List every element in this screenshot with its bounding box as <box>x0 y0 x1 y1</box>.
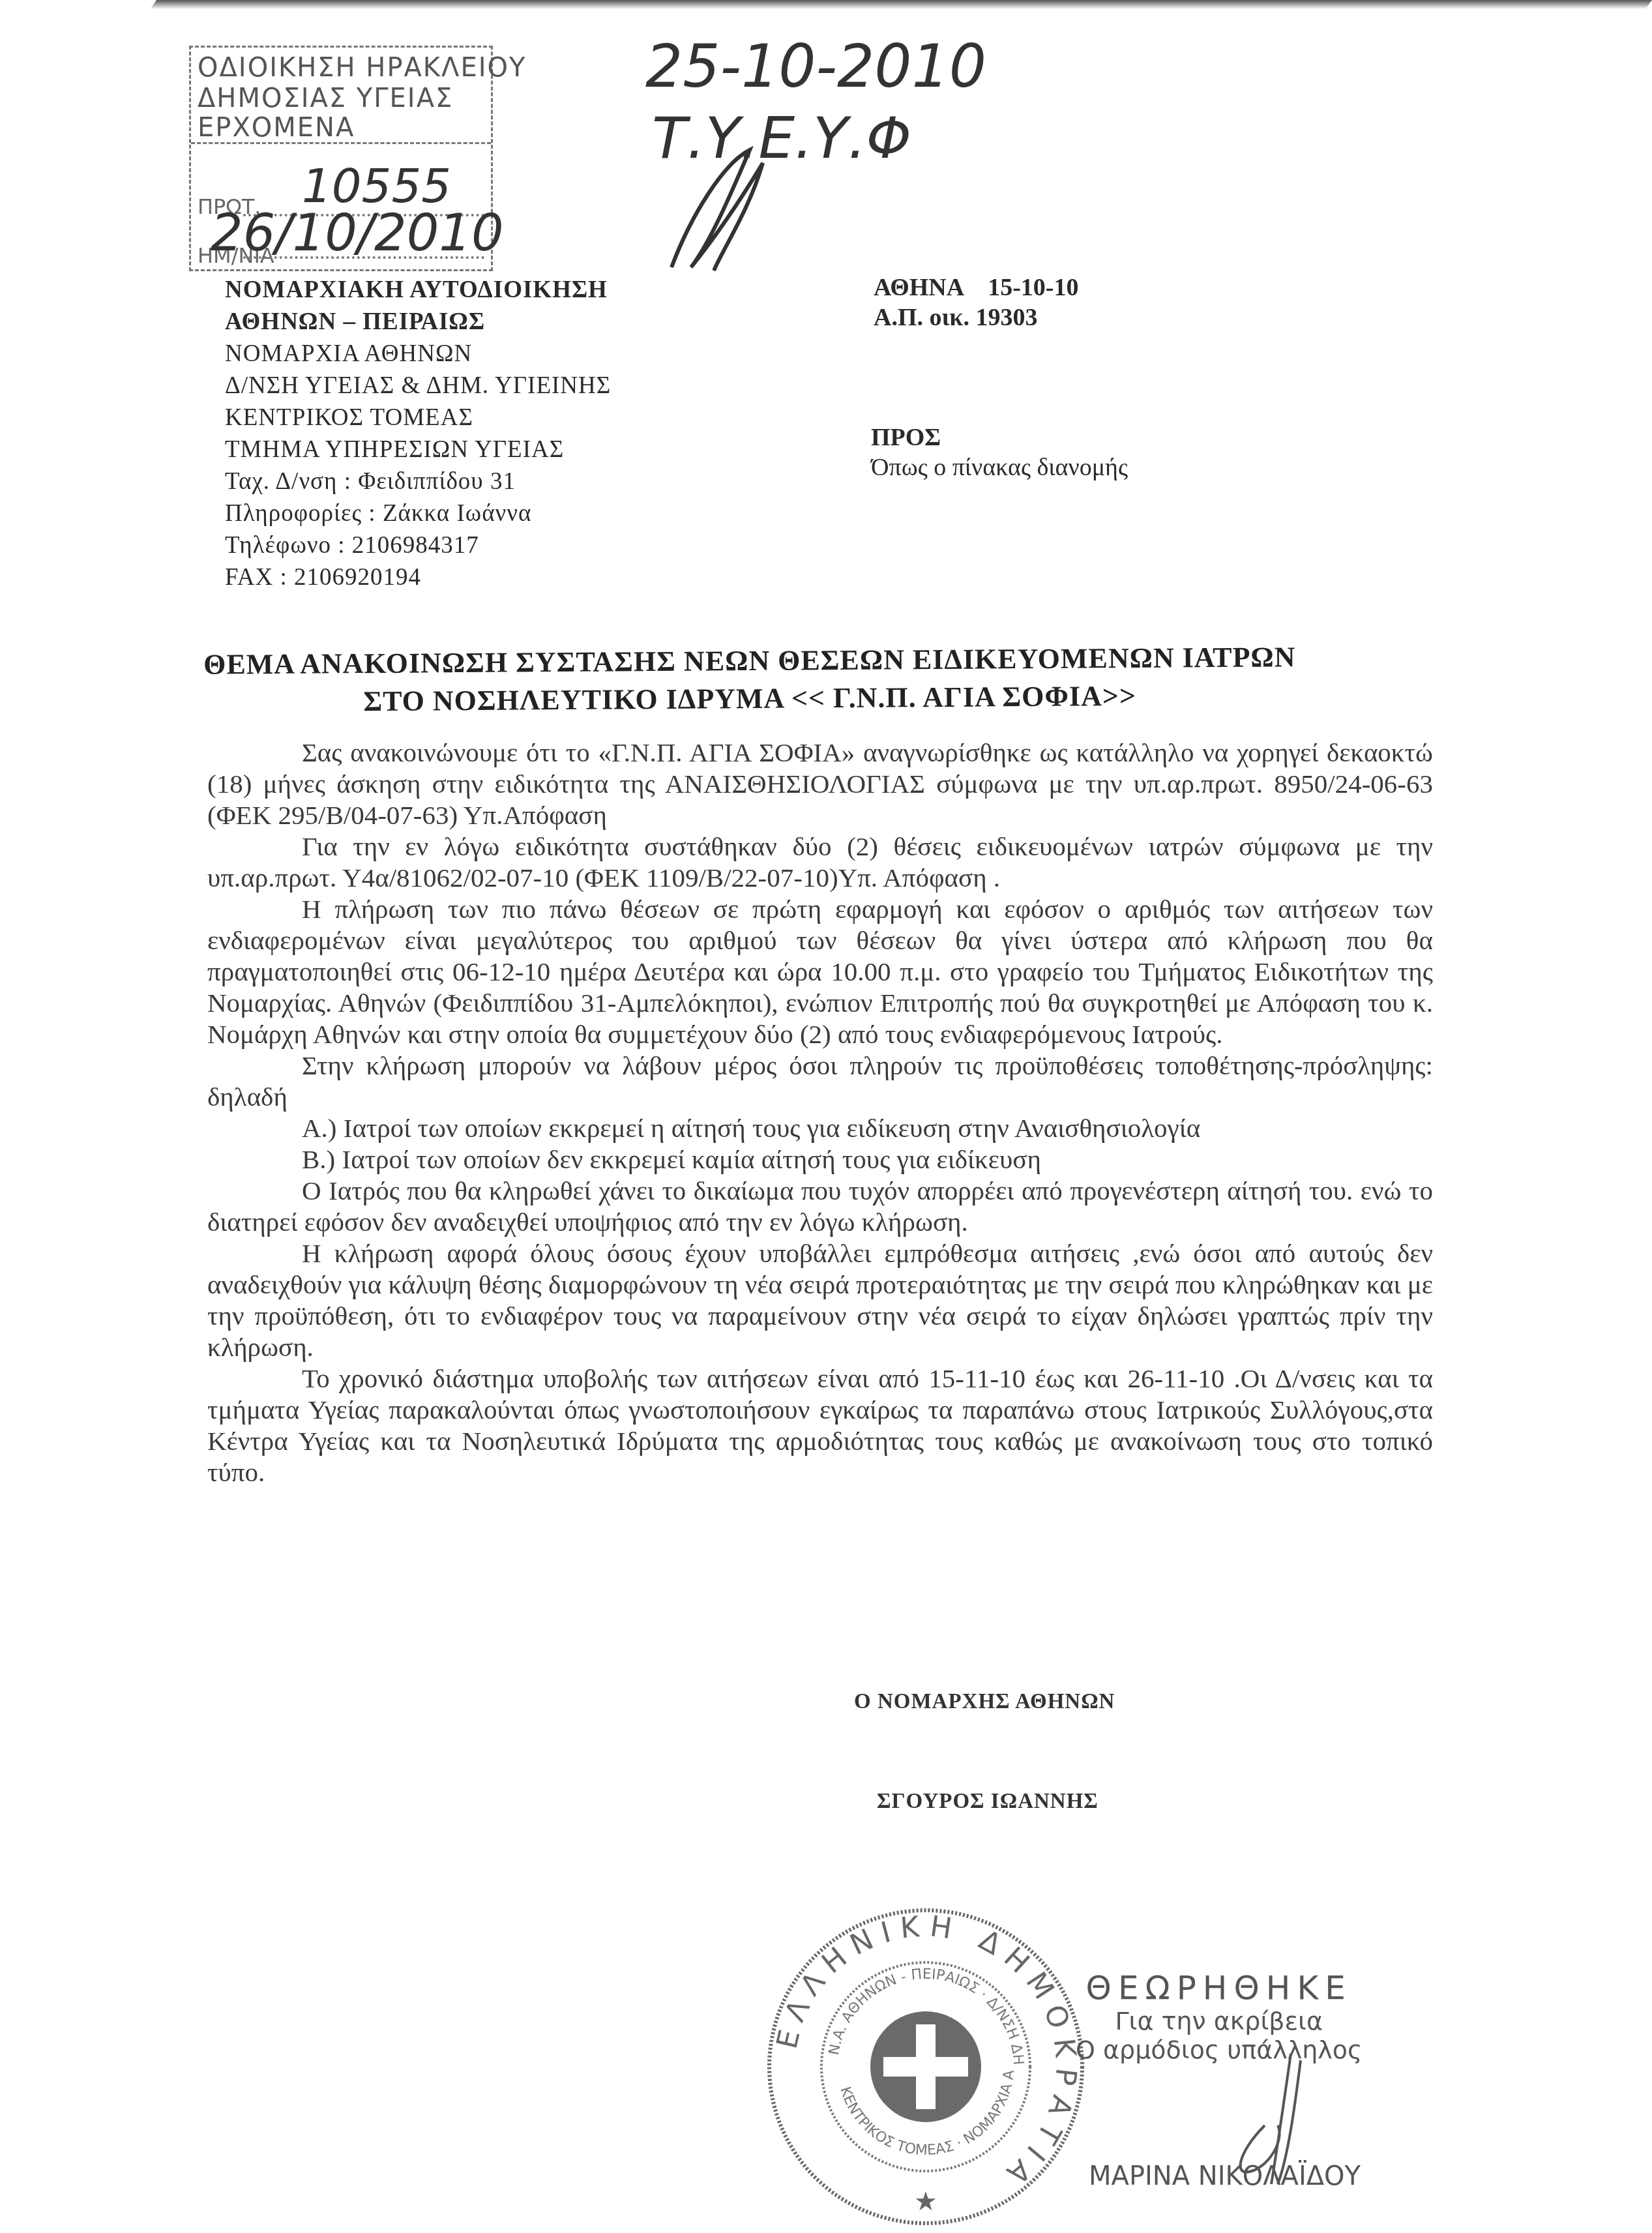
sender-header: ΝΟΜΑΡΧΙΑΚΗ ΑΥΤΟΔΙΟΙΚΗΣΗ ΑΘΗΝΩΝ – ΠΕΙΡΑΙΩ… <box>225 274 611 593</box>
subject-line-1: ΘΕΜΑ ΑΝΑΚΟΙΝΩΣΗ ΣΥΣΤΑΣΗΣ ΝΕΩΝ ΘΕΣΕΩΝ ΕΙΔ… <box>196 638 1304 684</box>
stamp-divider <box>191 142 491 144</box>
recipient-block: ΠΡΟΣ Όπως ο πίνακας διανομής <box>871 422 1128 482</box>
sender-line: ΚΕΝΤΡΙΚΟΣ ΤΟΜΕΑΣ <box>225 402 611 434</box>
paragraph-draw: Η πλήρωση των πιο πάνω θέσεων σε πρώτη ε… <box>207 893 1433 1050</box>
recipient-label: ΠΡΟΣ <box>871 422 1128 452</box>
certification-line-1: Για την ακρίβεια <box>1076 2007 1362 2035</box>
paragraph-eligibility: Στην κλήρωση μπορούν να λάβουν μέρος όσο… <box>207 1050 1433 1112</box>
sender-info: Πληροφορίες : Ζάκκα Ιωάννα <box>225 497 611 529</box>
paragraph-rights: Ο Ιατρός που θα κληρωθεί χάνει το δικαίω… <box>207 1175 1433 1237</box>
eligibility-item-b: Β.) Ιατροί των οποίων δεν εκκρεμεί καμία… <box>207 1144 1433 1175</box>
signer-name: ΣΓΟΥΡΟΣ ΙΩΑΝΝΗΣ <box>877 1790 1099 1814</box>
recipient-value: Όπως ο πίνακας διανομής <box>871 452 1128 482</box>
official-seal: ΕΛΛΗΝΙΚΗ ΔΗΜΟΚΡΑΤΙΑ Ν.Α. ΑΘΗΝΩΝ - ΠΕΙΡΑΙ… <box>763 1904 1089 2230</box>
signer-title: Ο ΝΟΜΑΡΧΗΣ ΑΘΗΝΩΝ <box>854 1690 1115 1714</box>
certification-title: ΘΕΩΡΗΘΗΚΕ <box>1076 1969 1362 2007</box>
clerk-name: ΜΑΡΙΝΑ ΝΙΚΟΛΑΪΔΟΥ <box>1089 2161 1361 2191</box>
sender-fax: FAX : 2106920194 <box>225 561 611 593</box>
sender-line: ΝΟΜΑΡΧΙΑ ΑΘΗΝΩΝ <box>225 338 611 370</box>
place-date: ΑΘΗΝΑ 15-10-10 <box>874 273 1078 303</box>
letter-body: Σας ανακοινώνουμε ότι το «Γ.Ν.Π. ΑΓΙΑ ΣΟ… <box>207 737 1433 1488</box>
handwritten-date: 25-10-2010 <box>645 33 986 101</box>
sender-line: ΤΜΗΜΑ ΥΠΗΡΕΣΙΩΝ ΥΓΕΙΑΣ <box>225 434 611 466</box>
handwritten-initials-signature <box>652 137 808 274</box>
sender-phone: Τηλέφωνο : 2106984317 <box>225 529 611 561</box>
subject-line-2: ΣΤΟ ΝΟΣΗΛΕΥΤΙΚΟ ΙΔΡΥΜΑ << Γ.Ν.Π. ΑΓΙΑ ΣΟ… <box>196 676 1304 722</box>
sender-line: ΝΟΜΑΡΧΙΑΚΗ ΑΥΤΟΔΙΟΙΚΗΣΗ <box>225 274 611 306</box>
sender-line: ΑΘΗΝΩΝ – ΠΕΙΡΑΙΩΣ <box>225 306 611 338</box>
scan-edge-shadow <box>150 0 1652 9</box>
paragraph-recognition: Σας ανακοινώνουμε ότι το «Γ.Ν.Π. ΑΓΙΑ ΣΟ… <box>207 737 1433 831</box>
paragraph-priority: Η κλήρωση αφορά όλους όσους έχουν υποβάλ… <box>207 1237 1433 1363</box>
star-icon: ★ <box>914 2187 937 2216</box>
stamp-department-line: ΔΗΜΟΣΙΑΣ ΥΓΕΙΑΣ <box>198 83 453 113</box>
subject: ΘΕΜΑ ΑΝΑΚΟΙΝΩΣΗ ΣΥΣΤΑΣΗΣ ΝΕΩΝ ΘΕΣΕΩΝ ΕΙΔ… <box>196 638 1305 722</box>
paragraph-positions: Για την εν λόγω ειδικότητα συστάθηκαν δύ… <box>207 831 1433 893</box>
eligibility-item-a: Α.) Ιατροί των οποίων εκκρεμεί η αίτησή … <box>207 1112 1433 1144</box>
document-meta: ΑΘΗΝΑ 15-10-10 Α.Π. οικ. 19303 <box>874 273 1078 333</box>
sender-line: Δ/ΝΣΗ ΥΓΕΙΑΣ & ΔΗΜ. ΥΓΙΕΙΝΗΣ <box>225 370 611 402</box>
stamp-date-value: 26/10/2010 <box>211 204 504 263</box>
protocol-number: Α.Π. οικ. 19303 <box>874 303 1078 333</box>
paragraph-deadline: Το χρονικό διάστημα υποβολής των αιτήσεω… <box>207 1363 1433 1488</box>
stamp-incoming-line: ΕΡΧΟΜΕΝΑ <box>198 113 355 143</box>
sender-address: Ταχ. Δ/νση : Φειδιππίδου 31 <box>225 466 611 497</box>
received-stamp: ΟΔΙΟΙΚΗΣΗ ΗΡΑΚΛΕΙΟΥ ΔΗΜΟΣΙΑΣ ΥΓΕΙΑΣ ΕΡΧΟ… <box>189 46 493 271</box>
stamp-authority-line: ΟΔΙΟΙΚΗΣΗ ΗΡΑΚΛΕΙΟΥ <box>198 53 526 83</box>
